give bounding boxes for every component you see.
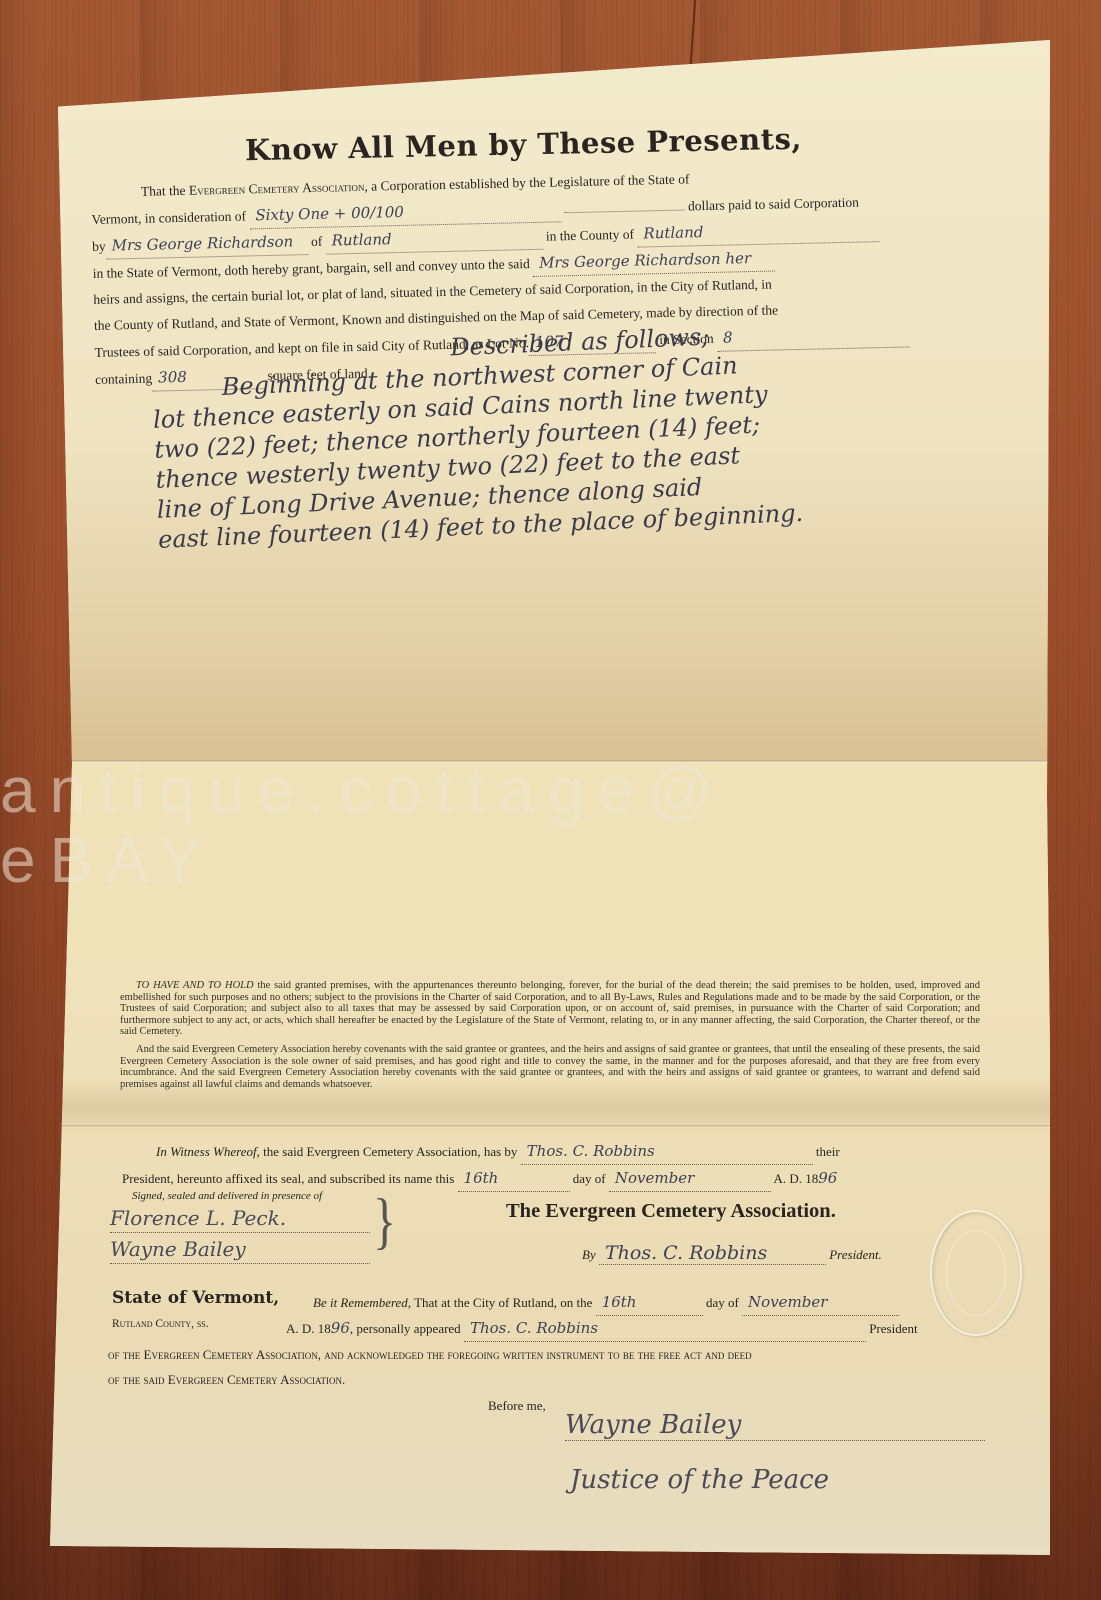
witness-lead: In Witness Whereof <box>156 1144 257 1159</box>
year-field[interactable]: 96 <box>818 1165 837 1191</box>
fine-print-terms: TO HAVE AND TO HOLD the said granted pre… <box>120 980 980 1096</box>
association-name: The Evergreen Cemetery Association. <box>506 1200 836 1223</box>
appeared-name-field[interactable]: Thos. C. Robbins <box>464 1316 866 1342</box>
day-field[interactable]: 16th <box>458 1165 570 1192</box>
president-signature-field[interactable]: Thos. C. Robbins <box>521 1138 813 1165</box>
ack-text: of the Evergreen Cemetery Association, a… <box>108 1342 988 1367</box>
ack-lead: Be it Remembered <box>313 1295 408 1310</box>
grant-text: by <box>92 239 106 254</box>
grant-text: , a Corporation established by the Legis… <box>364 171 689 193</box>
witnesses-block: Signed, sealed and delivered in presence… <box>110 1190 400 1264</box>
before-me-label: Before me, <box>488 1398 546 1414</box>
witness-signature-field[interactable]: Florence L. Peck. <box>110 1206 370 1233</box>
habendum-clause: TO HAVE AND TO HOLD the said granted pre… <box>120 980 980 1038</box>
fold-crease-upper <box>50 760 1050 763</box>
grant-text: That the <box>141 183 189 199</box>
grant-text: of <box>311 234 323 249</box>
witness-text: day of <box>573 1171 606 1186</box>
corporation-name: Evergreen Cemetery Association <box>189 179 365 198</box>
ack-day-field[interactable]: 16th <box>596 1290 703 1316</box>
ack-text: , personally appeared <box>350 1321 461 1336</box>
brace-icon: } <box>373 1186 396 1258</box>
witness-text: their <box>816 1144 840 1159</box>
ack-text: A. D. 18 <box>286 1321 331 1336</box>
witness-signature-field[interactable]: Wayne Bailey <box>110 1237 370 1264</box>
ack-text: , That at the City of Rutland, on the <box>408 1295 593 1310</box>
witness-text: A. D. 18 <box>773 1171 818 1186</box>
ack-month-field[interactable]: November <box>742 1290 899 1316</box>
ack-text: day of <box>706 1295 739 1310</box>
ack-year-field[interactable]: 96 <box>331 1316 350 1341</box>
month-field[interactable]: November <box>609 1165 771 1192</box>
witness-text: , the said Evergreen Cemetery Associatio… <box>257 1144 518 1159</box>
grant-text: Vermont, in consideration of <box>91 208 246 227</box>
blank-line <box>565 210 685 214</box>
president-signature-field[interactable]: Thos. C. Robbins <box>599 1242 826 1265</box>
fold-crease-lower <box>50 1125 1050 1128</box>
signed-label: Signed, sealed and delivered in presence… <box>110 1190 400 1202</box>
ack-text: of the said Evergreen Cemetery Associati… <box>108 1367 988 1392</box>
ack-text: President <box>869 1321 917 1336</box>
grant-text: in the State of Vermont, doth hereby gra… <box>93 256 530 281</box>
justice-title: Justice of the Peace <box>570 1465 829 1495</box>
justice-signature-field[interactable]: Wayne Bailey <box>565 1410 985 1441</box>
grant-text: dollars paid to said Corporation <box>688 195 859 214</box>
habendum-lead: TO HAVE AND TO HOLD <box>136 980 254 991</box>
grant-text: in the County of <box>546 227 634 244</box>
witness-text: President, hereunto affixed its seal, an… <box>122 1171 454 1186</box>
witness-clause: In Witness Whereof, the said Evergreen C… <box>122 1138 982 1192</box>
president-role-label: President. <box>829 1247 882 1262</box>
by-label: By <box>582 1247 596 1262</box>
acknowledgment-clause: Be it Remembered, That at the City of Ru… <box>108 1290 988 1392</box>
grant-text: containing <box>95 371 152 387</box>
president-signature-line: By Thos. C. Robbins President. <box>582 1242 882 1265</box>
lot-description: Described as follows; Beginning at the n… <box>150 308 1038 555</box>
covenant-clause: And the said Evergreen Cemetery Associat… <box>120 1044 980 1090</box>
